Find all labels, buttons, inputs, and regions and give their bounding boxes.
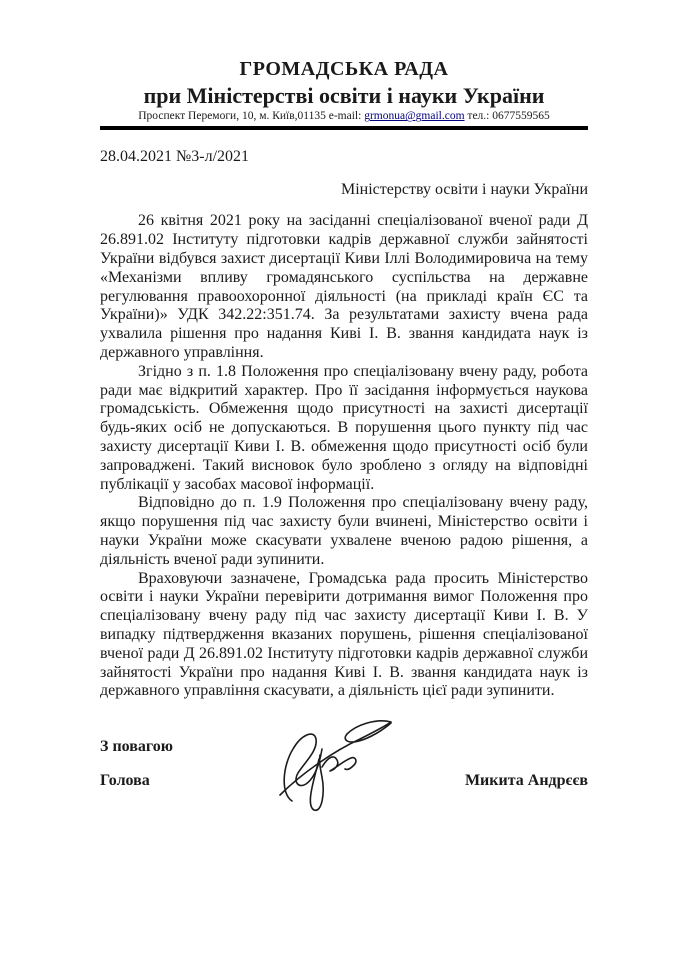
- org-subtitle: при Міністерстві освіти і науки України: [100, 83, 588, 109]
- paragraph-1: 26 квітня 2021 року на засіданні спеціал…: [100, 212, 588, 362]
- paragraph-3: Відповідно до п. 1.9 Положення про спеці…: [100, 494, 588, 569]
- org-contacts: Проспект Перемоги, 10, м. Київ,01135 e-m…: [100, 110, 588, 122]
- signature-image: [262, 708, 397, 818]
- org-address: Проспект Перемоги, 10, м. Київ,01135 e-m…: [138, 110, 364, 122]
- letter-page: ГРОМАДСЬКА РАДА при Міністерстві освіти …: [0, 0, 675, 956]
- paragraph-2: Згідно з п. 1.8 Положення про спеціалізо…: [100, 363, 588, 495]
- signer-title: Голова: [100, 772, 150, 790]
- email-link[interactable]: grmonua@gmail.com: [364, 110, 464, 122]
- letterhead: ГРОМАДСЬКА РАДА при Міністерстві освіти …: [100, 57, 588, 130]
- letter-body: 26 квітня 2021 року на засіданні спеціал…: [100, 212, 588, 701]
- signer-name: Микита Андрєєв: [465, 772, 588, 790]
- addressee: Міністерству освіти і науки України: [100, 181, 588, 199]
- paragraph-4: Враховуючи зазначене, Громадська рада пр…: [100, 570, 588, 702]
- header-divider: [100, 126, 588, 130]
- org-phone: тел.: 0677559565: [465, 110, 550, 122]
- org-name: ГРОМАДСЬКА РАДА: [100, 57, 588, 82]
- date-reference: 28.04.2021 №3-л/2021: [100, 148, 588, 166]
